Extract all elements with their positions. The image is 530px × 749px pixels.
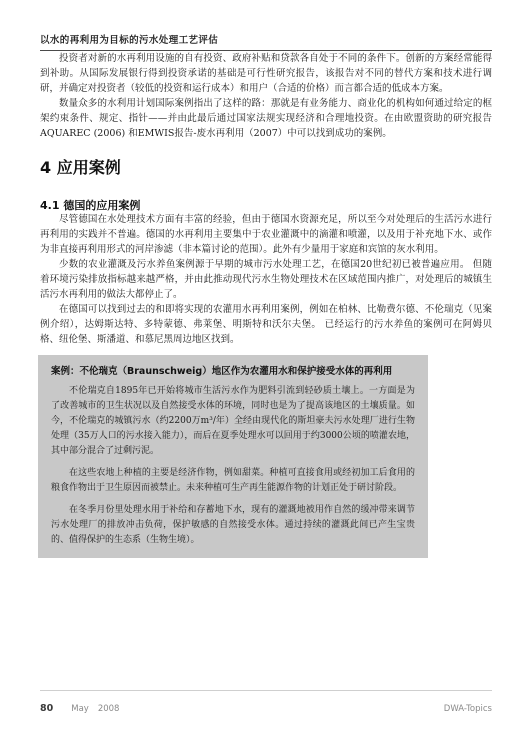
body-paragraph-2: 少数的农业灌溉及污水养鱼案例源于早期的城市污水处理工艺，在德国20世纪初已被普遍…: [40, 257, 492, 302]
footer-brand: DWA-Topics: [444, 704, 492, 714]
page-number: 80: [40, 703, 53, 714]
intro-paragraph-1: 投资者对新的水再利用设施的自有投资、政府补贴和贷款各自处于不同的条件下。创新的方…: [40, 51, 492, 96]
case-box-paragraph-1: 不伦瑞克自1895年已开始将城市生活污水作为肥料引流到轻砂质土壤上。一方面是为了…: [51, 384, 415, 459]
case-study-box: 案例：不伦瑞克（Braunschweig）地区作为农灌用水和保护接受水体的再利用…: [38, 355, 428, 558]
footer-year: 2008: [98, 704, 120, 714]
running-header: 以水的再利用为目标的污水处理工艺评估: [40, 34, 492, 47]
footer-month: May: [71, 704, 89, 714]
subsection-heading: 4.1 德国的应用案例: [40, 199, 492, 212]
section-heading: 4 应用案例: [40, 158, 492, 178]
document-page: 以水的再利用为目标的污水处理工艺评估 投资者对新的水再利用设施的自有投资、政府补…: [0, 0, 530, 749]
intro-paragraph-2: 数量众多的水利用计划国际案例指出了这样的路：那就是有业务能力、商业化的机构如何通…: [40, 96, 492, 141]
body-paragraph-3: 在德国可以找到过去的和即将实现的农灌用水再利用案例，例如在柏林、比勒费尔德、不伦…: [40, 302, 492, 347]
case-box-title: 案例：不伦瑞克（Braunschweig）地区作为农灌用水和保护接受水体的再利用: [51, 365, 415, 378]
case-box-paragraph-3: 在冬季月份里处理水用于补给和存蓄地下水，现有的灌溉地被用作自然的缓冲带来调节污水…: [51, 503, 415, 548]
case-box-paragraph-2: 在这些农地上种植的主要是经济作物，例如甜菜。种植可直接食用或经初加工后食用的粮食…: [51, 466, 415, 496]
footer-left: 80 May 2008: [40, 703, 119, 714]
page-footer: 80 May 2008 DWA-Topics: [40, 690, 492, 714]
running-header-title: 以水的再利用为目标的污水处理工艺评估: [40, 35, 218, 46]
body-paragraph-1: 尽管德国在水处理技术方面有丰富的经验，但由于德国水资源充足，所以至今对处理后的生…: [40, 212, 492, 257]
